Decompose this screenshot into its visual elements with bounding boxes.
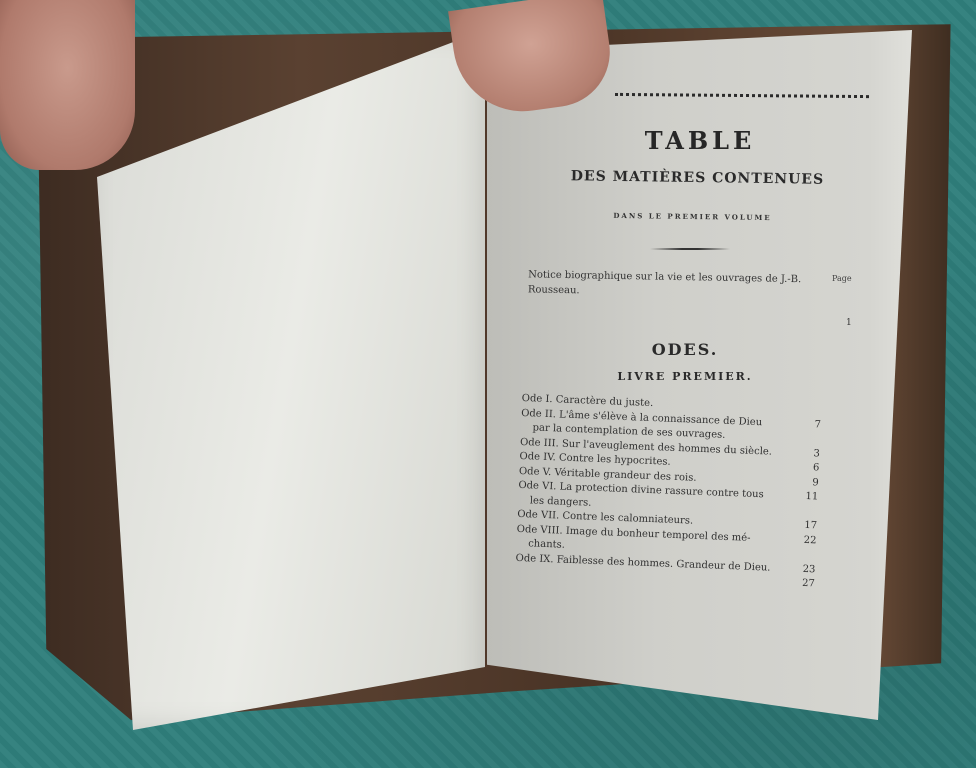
book-title: LIVRE PREMIER. bbox=[610, 370, 760, 383]
ornament-rule bbox=[650, 248, 730, 250]
toc-list: Ode I. Caractère du juste. Ode II. L'âme… bbox=[515, 392, 822, 592]
page-column-label: Page bbox=[832, 274, 852, 283]
notice-page-number: 1 bbox=[846, 318, 852, 328]
toc-title: TABLE bbox=[640, 126, 760, 155]
thumb-holding-page bbox=[0, 0, 135, 170]
notice-entry: Notice biographique sur la vie et les ou… bbox=[528, 267, 828, 302]
section-title: ODES. bbox=[650, 340, 720, 359]
